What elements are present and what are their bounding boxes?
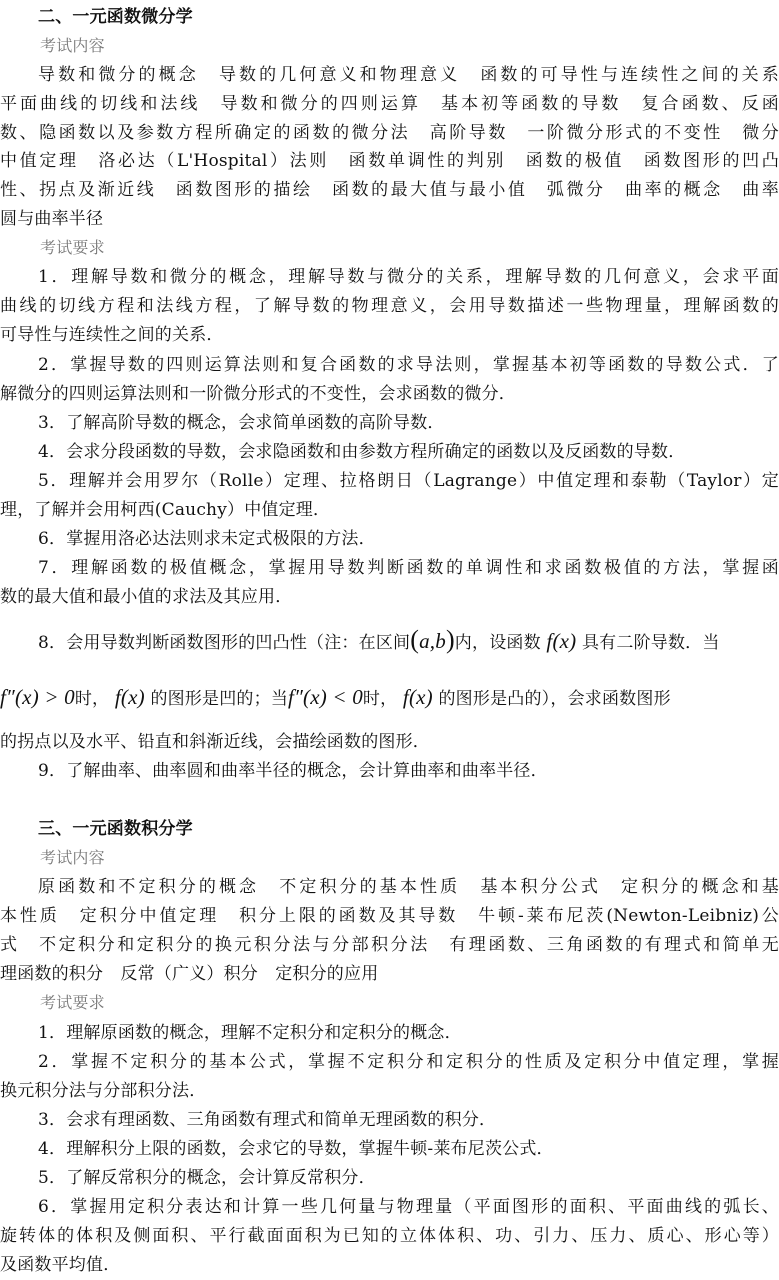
fx-math: f(x) [403,685,433,709]
section3-content-line: 理函数的积分 反常（广义）积分 定积分的应用 [0,963,779,985]
section2-content-line: 圆与曲率半径 [0,208,779,230]
interval-math: (a,b) [410,629,455,653]
text: 8．会用导数判断函数图形的凹凸性（注：在区间 [38,633,410,653]
requirement-item: 9．了解曲率、曲率圆和曲率半径的概念，会计算曲率和曲率半径． [38,760,779,782]
section3-title: 三、一元函数积分学 [38,818,779,840]
requirement-item: 及函数平均值． [0,1254,779,1276]
section2-content-line: 性、拐点及渐近线 函数图形的描绘 函数的最大值与最小值 弧微分 曲率的概念 曲率 [0,179,779,201]
requirement-item-8-line3: 的拐点以及水平、铅直和斜渐近线，会描绘函数的图形． [0,731,779,753]
section2-requirements-label: 考试要求 [40,237,779,259]
requirement-item: 数的最大值和最小值的求法及其应用． [0,586,779,608]
requirement-item: 5．理解并会用罗尔（Rolle）定理、拉格朗日（Lagrange）中值定理和泰勒… [38,470,779,492]
fx-math: f(x) [546,629,576,653]
section2-title: 二、一元函数微分学 [38,6,779,28]
requirement-item: 6．掌握用洛必达法则求未定式极限的方法． [38,528,779,550]
requirement-item: 换元积分法与分部积分法． [0,1080,779,1102]
section3-content-label: 考试内容 [40,847,779,869]
second-derivative-negative-math: f″(x) < 0 [288,685,363,709]
second-derivative-positive-math: f″(x) > 0 [0,685,75,709]
section3-content-line: 式 不定积分和定积分的换元积分法与分部积分法 有理函数、三角函数的有理式和简单无 [0,934,779,956]
requirement-item-8-line2: f″(x) > 0时， f(x) 的图形是凹的；当f″(x) < 0时， f(x… [0,682,779,714]
text: 内，设函数 [455,633,541,653]
section3-requirements-label: 考试要求 [40,992,779,1014]
requirement-item: 旋转体的体积及侧面积、平行截面面积为已知的立体体积、功、引力、压力、质心、形心等… [0,1225,779,1247]
requirement-item: 解微分的四则运算法则和一阶微分形式的不变性，会求函数的微分． [0,383,779,405]
requirement-item: 3．了解高阶导数的概念，会求简单函数的高阶导数． [38,412,779,434]
requirement-item: 7．理解函数的极值概念，掌握用导数判断函数的单调性和求函数极值的方法，掌握函 [38,557,779,579]
requirement-item: 4．理解积分上限的函数，会求它的导数，掌握牛顿-莱布尼茨公式． [38,1138,779,1160]
section2-content-line: 导数和微分的概念 导数的几何意义和物理意义 函数的可导性与连续性之间的关系 [38,64,779,86]
requirement-item: 理，了解并会用柯西(Cauchy）中值定理． [0,499,779,521]
requirement-item: 曲线的切线方程和法线方程，了解导数的物理意义，会用导数描述一些物理量，理解函数的 [0,295,779,317]
requirement-item: 1．理解原函数的概念，理解不定积分和定积分的概念． [38,1022,779,1044]
requirement-item: 6．掌握用定积分表达和计算一些几何量与物理量（平面图形的面积、平面曲线的弧长、 [38,1196,779,1218]
section2-content-line: 中值定理 洛必达（L'Hospital）法则 函数单调性的判别 函数的极值 函数… [0,150,779,172]
requirement-item: 4．会求分段函数的导数，会求隐函数和由参数方程所确定的函数以及反函数的导数． [38,441,779,463]
section3-content-line: 本性质 定积分中值定理 积分上限的函数及其导数 牛顿-莱布尼茨(Newton-L… [0,905,779,927]
text: 具有二阶导数．当 [582,633,720,653]
requirement-item: 3．会求有理函数、三角函数有理式和简单无理函数的积分． [38,1109,779,1131]
fx-math: f(x) [115,685,145,709]
section2-content-line: 数、隐函数以及参数方程所确定的函数的微分法 高阶导数 一阶微分形式的不变性 微分 [0,122,779,144]
requirement-item: 2．掌握导数的四则运算法则和复合函数的求导法则，掌握基本初等函数的导数公式．了 [38,354,779,376]
section3-content-line: 原函数和不定积分的概念 不定积分的基本性质 基本积分公式 定积分的概念和基 [38,876,779,898]
requirement-item: 2．掌握不定积分的基本公式，掌握不定积分和定积分的性质及定积分中值定理，掌握 [38,1051,779,1073]
section2-content-line: 平面曲线的切线和法线 导数和微分的四则运算 基本初等函数的导数 复合函数、反函 [0,93,779,115]
requirement-item: 5．了解反常积分的概念，会计算反常积分． [38,1167,779,1189]
requirement-item-8-line1: 8．会用导数判断函数图形的凹凸性（注：在区间(a,b)内，设函数 f(x) 具有… [38,624,779,659]
requirement-item: 1．理解导数和微分的概念，理解导数与微分的关系，理解导数的几何意义，会求平面 [38,266,779,288]
requirement-item: 可导性与连续性之间的关系． [0,324,779,346]
section2-content-label: 考试内容 [40,35,779,57]
